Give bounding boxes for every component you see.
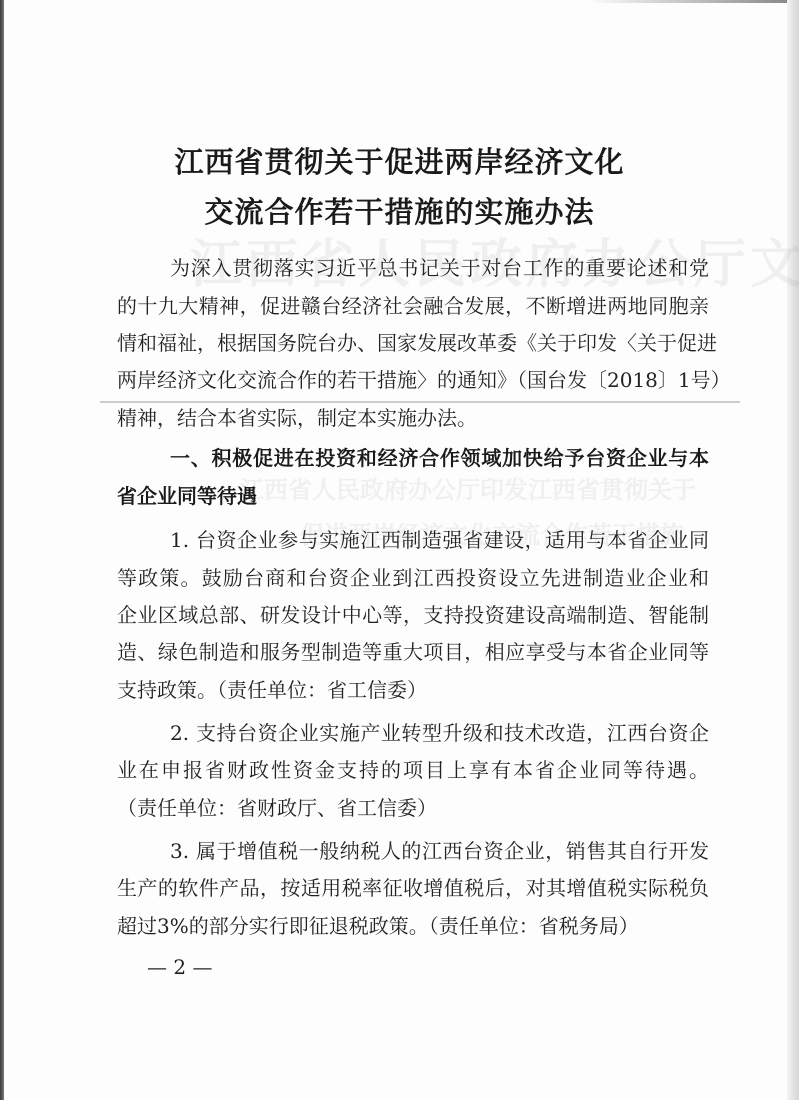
page-number: — 2 — bbox=[147, 955, 212, 979]
item-line: 生产的软件产品，按适用税率征收增值税后，对其增值税实际税负 bbox=[117, 875, 709, 901]
preamble-line: 两岸经济文化交流合作的若干措施〉的通知》（国台发〔2018〕1号） bbox=[117, 367, 709, 393]
item-line: （责任单位：省财政厅、省工信委） bbox=[117, 795, 709, 821]
item-line: 企业区域总部、研发设计中心等，支持投资建设高端制造、智能制 bbox=[117, 602, 709, 628]
bleed-through-rule bbox=[100, 401, 740, 403]
section-heading-line: 一、积极促进在投资和经济合作领域加快给予台资企业与本 bbox=[170, 445, 709, 471]
section-heading-line: 省企业同等待遇 bbox=[117, 483, 709, 509]
scan-top-shadow bbox=[587, 0, 787, 3]
item-line: 支持政策。（责任单位：省工信委） bbox=[117, 677, 709, 703]
preamble-line: 精神，结合本省实际，制定本实施办法。 bbox=[117, 405, 709, 431]
title-line-1: 江西省贯彻关于促进两岸经济文化 bbox=[0, 140, 799, 181]
item-line: 业在申报省财政性资金支持的项目上享有本省企业同等待遇。 bbox=[117, 757, 709, 783]
title-line-2: 交流合作若干措施的实施办法 bbox=[0, 190, 799, 231]
item-line: 等政策。鼓励台商和台资企业到江西投资设立先进制造业企业和 bbox=[117, 565, 709, 591]
item-line: 造、绿色制造和服务型制造等重大项目，相应享受与本省企业同等 bbox=[117, 639, 709, 665]
item-line: 1. 台资企业参与实施江西制造强省建设，适用与本省企业同 bbox=[170, 527, 709, 553]
item-line: 2. 支持台资企业实施产业转型升级和技术改造，江西台资企 bbox=[170, 720, 709, 746]
preamble-line: 为深入贯彻落实习近平总书记关于对台工作的重要论述和党 bbox=[170, 255, 709, 281]
preamble-line: 情和福祉，根据国务院台办、国家发展改革委《关于印发〈关于促进 bbox=[117, 330, 709, 356]
preamble-line: 的十九大精神，促进赣台经济社会融合发展，不断增进两地同胞亲 bbox=[117, 293, 709, 319]
item-line: 3. 属于增值税一般纳税人的江西台资企业，销售其自行开发 bbox=[170, 838, 709, 864]
item-line: 超过3%的部分实行即征退税政策。（责任单位：省税务局） bbox=[117, 913, 709, 939]
